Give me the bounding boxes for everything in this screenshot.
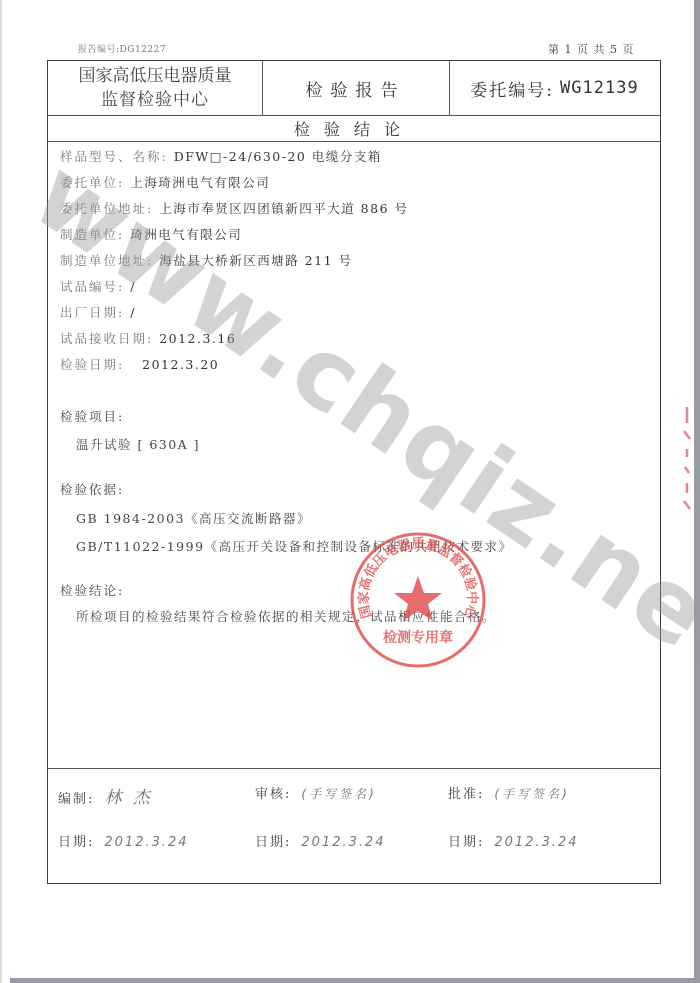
field-value: 海盐县大桥新区西塘路 211 号 <box>159 253 352 268</box>
field-manufacturer-address: 制造单位地址: 海盐县大桥新区西塘路 211 号 <box>60 251 353 269</box>
handwritten-date: 2012.3.24 <box>494 835 578 850</box>
basis-item: GB 1984-2003《高压交流断路器》 <box>76 509 311 527</box>
signature-reviewed: 审核:(手写签名) <box>255 783 377 802</box>
field-label: 试品编号: <box>60 279 124 294</box>
inspection-basis-label: 检验依据: <box>60 480 124 498</box>
field-value: 2012.3.20 <box>142 357 219 372</box>
field-client-address: 委托单位地址: 上海市奉贤区四团镇新四平大道 886 号 <box>60 199 409 217</box>
org-line-2: 监督检验中心 <box>101 88 209 112</box>
basis-item: GB/T11022-1999《高压开关设备和控制设备标准的共用技术要求》 <box>76 537 513 555</box>
field-label: 样品型号、名称: <box>60 149 168 164</box>
field-production-date: 出厂日期: / <box>60 303 136 321</box>
section-title: 检验结论 <box>48 115 660 142</box>
signature-prepared: 编制:林 杰 <box>58 783 153 808</box>
report-number: 报告编号:DG12227 <box>78 42 166 55</box>
field-label: 试品接收日期: <box>60 331 153 346</box>
commission-value: WG12139 <box>560 78 639 98</box>
field-value: 上海市奉贤区四团镇新四平大道 886 号 <box>159 201 408 216</box>
signature-label: 批准: <box>448 787 484 802</box>
conclusion-label: 检验结论: <box>60 581 124 599</box>
handwritten-date: 2012.3.24 <box>104 835 188 850</box>
page-edge-bottom <box>10 978 700 983</box>
field-manufacturer: 制造单位: 琦洲电气有限公司 <box>60 225 242 243</box>
field-label: 委托单位: <box>60 175 124 190</box>
page-indicator: 第 1 页 共 5 页 <box>548 41 634 57</box>
handwritten-signature: (手写签名) <box>494 787 569 801</box>
conclusion-text: 所检项目的检验结果符合检验依据的相关规定，试品相应性能合格。 <box>76 607 496 625</box>
page-edge-left <box>0 0 2 983</box>
issuing-organization: 国家高低压电器质量 监督检验中心 <box>48 61 263 115</box>
report-frame: 国家高低压电器质量 监督检验中心 检验报告 委托编号: WG12139 检验结论… <box>47 60 661 884</box>
header-row: 国家高低压电器质量 监督检验中心 检验报告 委托编号: WG12139 <box>48 61 660 116</box>
field-value: / <box>130 279 136 294</box>
field-label: 制造单位: <box>60 227 124 242</box>
field-value: DFW□-24/630-20 电缆分支箱 <box>174 149 382 164</box>
field-value: / <box>130 305 136 320</box>
signature-approved: 批准:(手写签名) <box>448 783 570 802</box>
signature-label: 编制: <box>58 792 94 807</box>
handwritten-signature: 林 杰 <box>104 788 152 808</box>
org-line-1: 国家高低压电器质量 <box>79 64 232 88</box>
date-label: 日期: <box>448 835 484 850</box>
date-label: 日期: <box>255 835 291 850</box>
field-value: 2012.3.16 <box>159 331 236 346</box>
date-label: 日期: <box>58 835 94 850</box>
handwritten-signature: (手写签名) <box>301 787 376 801</box>
field-value: 琦洲电气有限公司 <box>130 227 242 242</box>
date-approved: 日期:2012.3.24 <box>448 831 579 850</box>
handwritten-date: 2012.3.24 <box>301 835 385 850</box>
field-inspection-date: 检验日期: 2012.3.20 <box>60 355 219 373</box>
field-label: 委托单位地址: <box>60 201 153 216</box>
field-label: 出厂日期: <box>60 305 124 320</box>
field-label: 制造单位地址: <box>60 253 153 268</box>
commission-number: 委托编号: WG12139 <box>449 61 660 115</box>
inspection-items-label: 检验项目: <box>60 407 124 425</box>
seam-stamp-fragment <box>681 405 693 515</box>
signature-label: 审核: <box>255 787 291 802</box>
date-prepared: 日期:2012.3.24 <box>58 831 189 850</box>
document-title: 检验报告 <box>262 61 450 115</box>
signature-divider <box>48 768 660 769</box>
field-sample-number: 试品编号: / <box>60 277 136 295</box>
field-label: 检验日期: <box>60 357 124 372</box>
commission-label: 委托编号: <box>470 76 554 101</box>
field-sample-model: 样品型号、名称: DFW□-24/630-20 电缆分支箱 <box>60 147 382 165</box>
field-receipt-date: 试品接收日期: 2012.3.16 <box>60 329 236 347</box>
field-client: 委托单位: 上海琦洲电气有限公司 <box>60 173 270 191</box>
field-value: 上海琦洲电气有限公司 <box>130 175 270 190</box>
inspection-item: 温升试验 [ 630A ] <box>76 435 200 453</box>
date-reviewed: 日期:2012.3.24 <box>255 831 386 850</box>
page-edge-right <box>694 0 700 983</box>
